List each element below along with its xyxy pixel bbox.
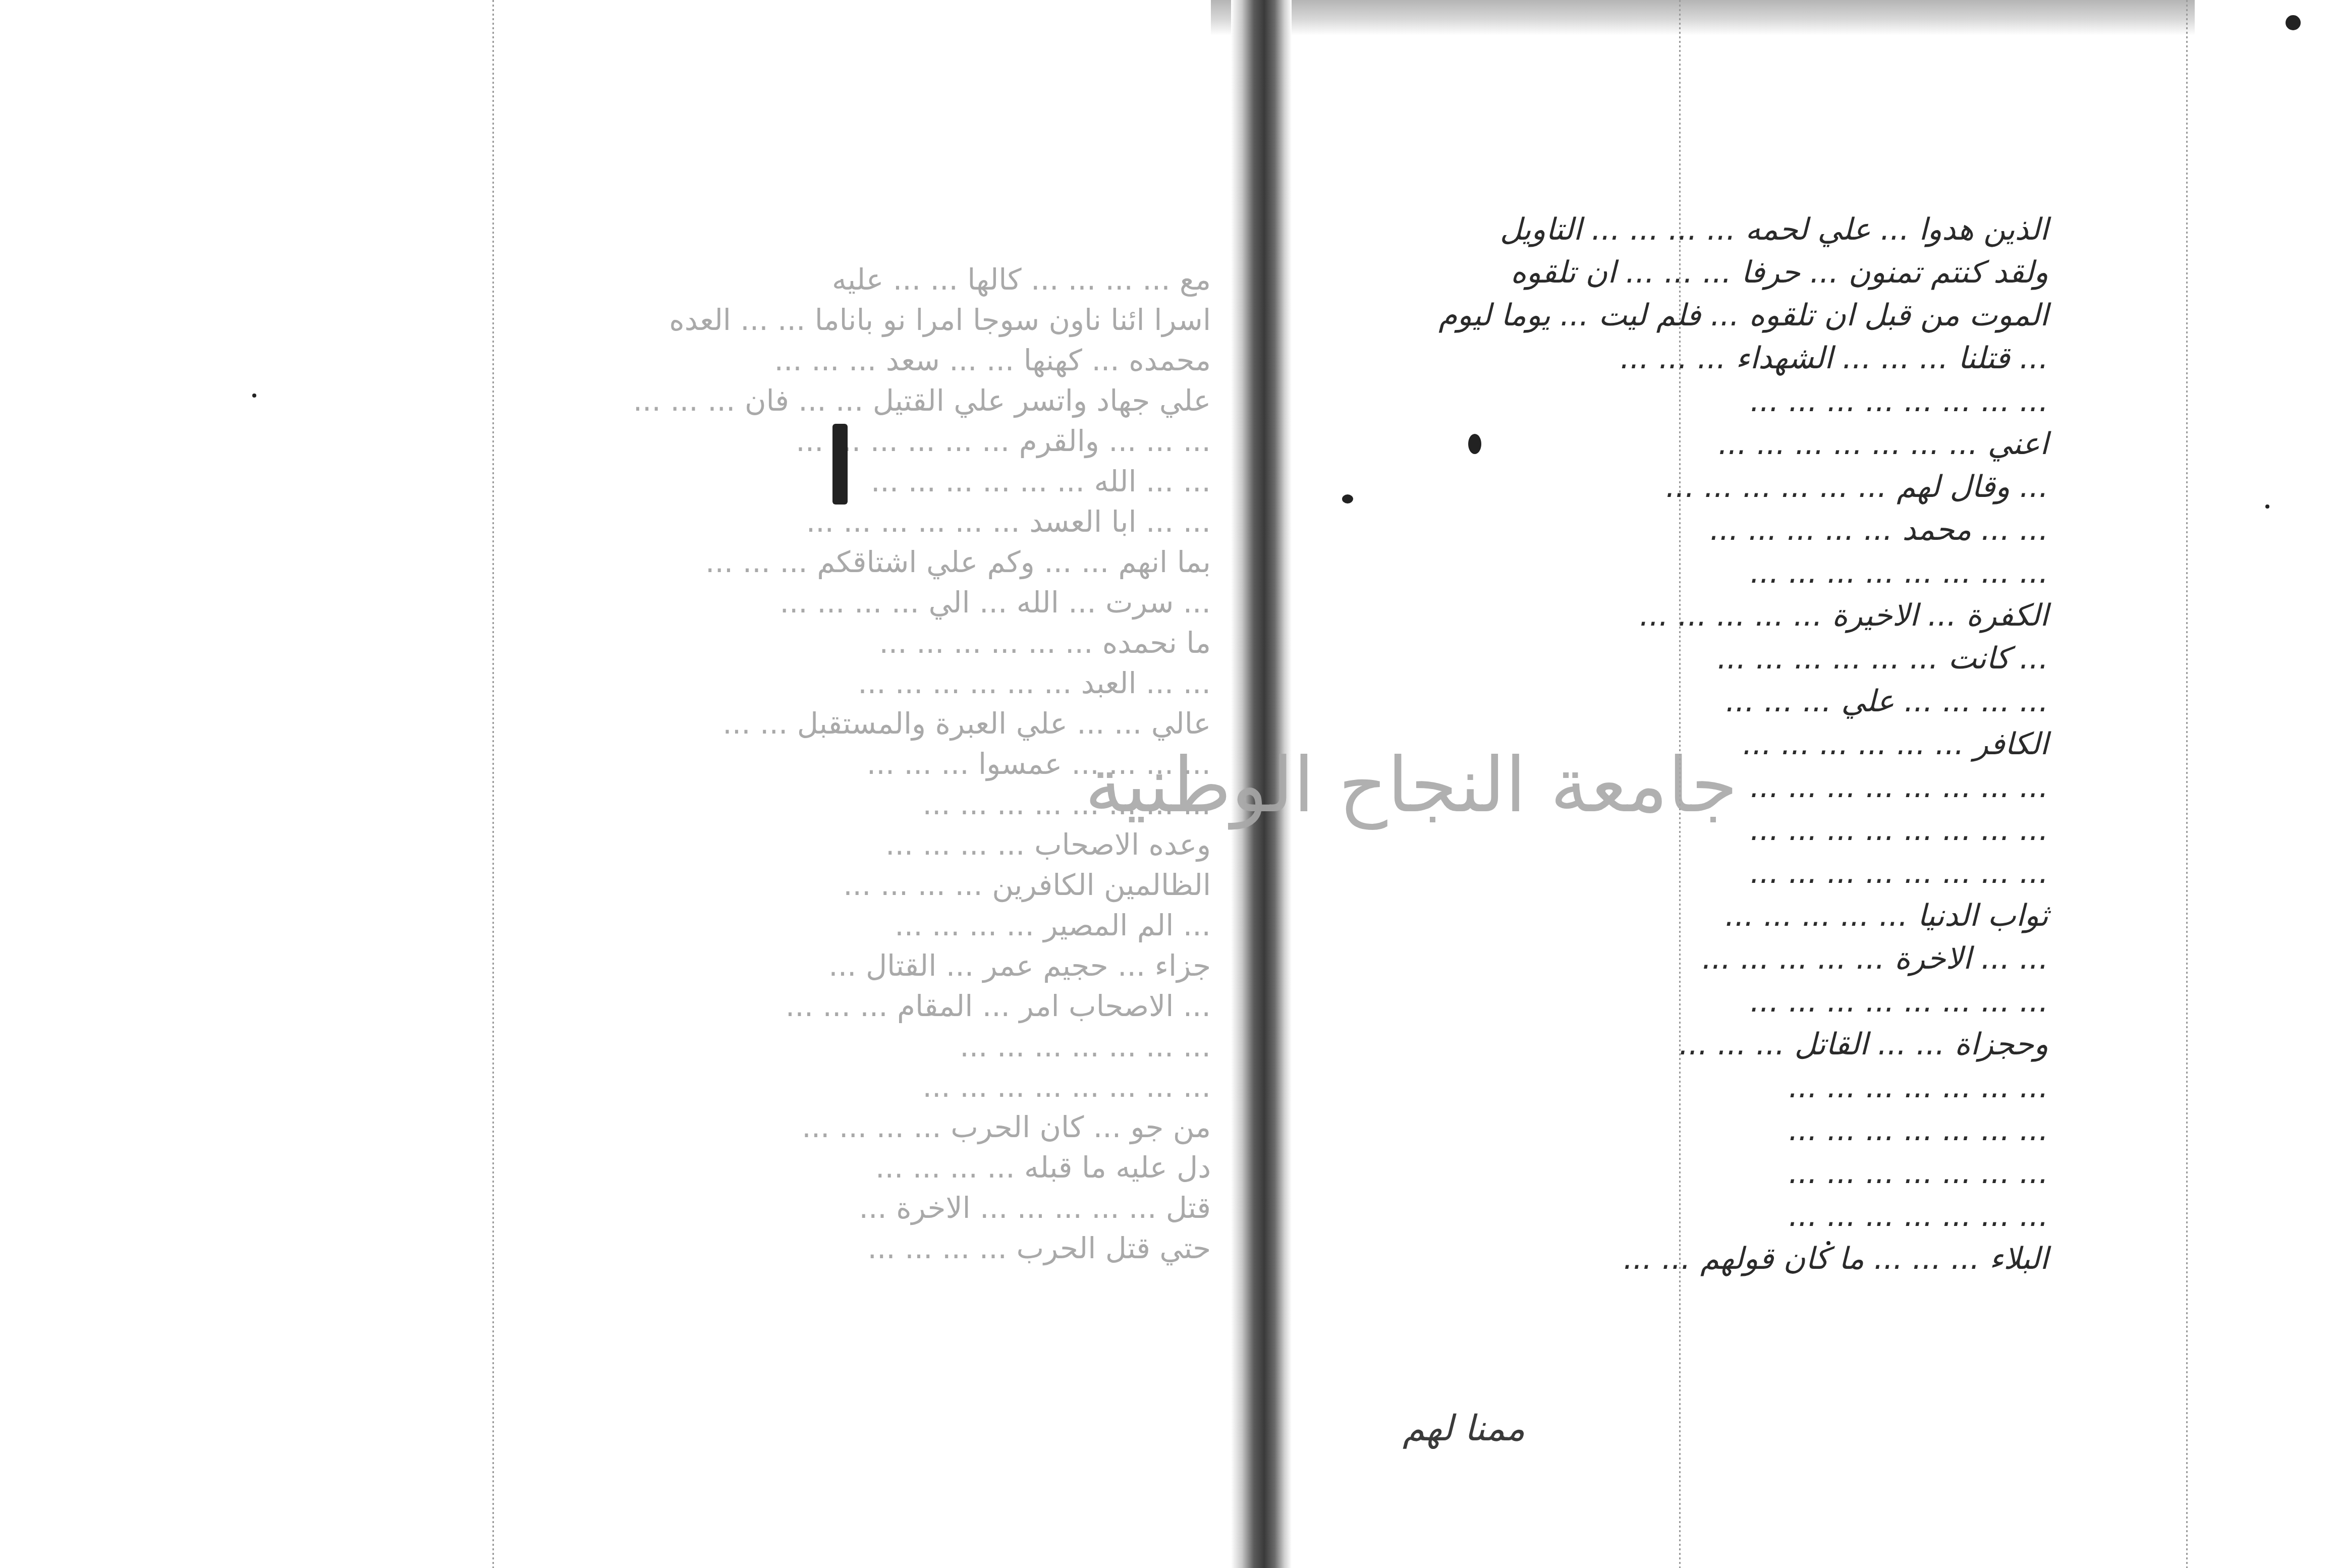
ink-speck — [2265, 505, 2269, 509]
left-line: الظالمين الكافرين ... ... ... ... — [843, 868, 1211, 902]
ink-speck — [1468, 434, 1481, 454]
right-line: ... ... ... ... ... ... ... — [1789, 1198, 2048, 1234]
left-line: مع ... ... ... ... كالها ... ... عليه — [832, 262, 1211, 297]
right-line: وحجزاة ... ... القاتل ... ... ... — [1679, 1027, 2048, 1062]
right-line: ... ... محمد ... ... ... ... ... — [1710, 512, 2048, 547]
left-line: عالي ... ... علي العبرة والمستقبل ... ..… — [722, 706, 1211, 741]
left-line: علي جهاد واتسر علي القتيل ... ... فان ..… — [633, 383, 1211, 418]
left-line: ... سرت ... الله ... الي ... ... ... ... — [780, 585, 1211, 620]
left-line: ... ... ... ... ... ... ... — [960, 1029, 1211, 1063]
right-line: البلاء ... ... ... ما كان قولهم ... ... — [1623, 1241, 2048, 1276]
right-line: ... كانت ... ... ... ... ... ... — [1717, 641, 2048, 676]
left-line: ... ... الله ... ... ... ... ... ... — [871, 464, 1211, 498]
right-line: ... قتلنا ... ... ... الشهداء ... ... ..… — [1620, 341, 2048, 376]
left-line: ... ... ابا العسد ... ... ... ... ... ..… — [806, 505, 1211, 539]
left-line: دل عليه ما قبله ... ... ... ... — [875, 1150, 1211, 1185]
right-line: ... ... ... ... ... ... ... — [1789, 1070, 2048, 1105]
right-line: ... وقال لهم ... ... ... ... ... ... — [1666, 469, 2049, 505]
right-line: ... ... ... ... ... ... ... ... — [1750, 555, 2048, 590]
ink-speck — [1342, 494, 1353, 503]
left-line: ... الم المصير ... ... ... ... — [895, 908, 1211, 942]
right-edge-rule — [2186, 0, 2188, 1568]
right-line: ثواب الدنيا ... ... ... ... ... — [1725, 898, 2048, 933]
left-line: ... الاصحاب امر ... المقام ... ... ... — [786, 989, 1211, 1023]
top-edge-shadow — [1211, 0, 2195, 35]
catchword-signature: ممنا لهم — [1403, 1408, 1525, 1449]
left-line: قتل ... ... ... ... ... الاخرة ... — [859, 1191, 1211, 1225]
ink-speck — [1826, 1241, 1830, 1245]
left-line: وعده الاصحاب ... ... ... ... — [885, 827, 1211, 862]
right-line: الذين هدوا ... علي لحمه ... ... ... ... … — [1500, 212, 2048, 247]
right-line: ... ... ... ... ... ... ... — [1789, 1112, 2048, 1148]
right-line: ... ... ... ... ... ... ... ... — [1750, 984, 2048, 1019]
right-line: الكفرة ... الاخيرة ... ... ... ... ... — [1640, 598, 2048, 633]
left-line: من جو ... كان الحرب ... ... ... ... — [802, 1110, 1211, 1144]
right-line: الكافر ... ... ... ... ... ... — [1743, 726, 2048, 762]
left-line: ... ... ... ... ... ... ... ... — [922, 1070, 1211, 1104]
left-line: ... ... العبد ... ... ... ... ... ... — [858, 666, 1211, 700]
left-line: بما انهم ... ... وكم علي اشتاقكم ... ...… — [705, 545, 1211, 579]
right-line: ... ... ... ... ... ... ... — [1789, 1155, 2048, 1191]
manuscript-scan: مع ... ... ... ... كالها ... ... عليه اس… — [0, 0, 2337, 1568]
right-line: ... ... ... ... ... ... ... ... — [1750, 855, 2048, 890]
left-line: محمده ... كهنها ... ... سعد ... ... ... — [774, 343, 1211, 377]
right-line: ... ... الاخرة ... ... ... ... ... — [1702, 941, 2048, 976]
left-line: اسرا ائنا ناون سوجا امرا نو باناما ... .… — [669, 303, 1211, 337]
ink-speck — [252, 394, 256, 398]
left-line: ... ... ... والقرم ... ... ... ... ... .… — [796, 424, 1211, 458]
right-line: اعني ... ... ... ... ... ... ... — [1718, 426, 2048, 462]
ink-speck — [2286, 15, 2301, 30]
right-line: ... ... ... ... ... ... ... ... — [1750, 769, 2048, 805]
ink-blot — [832, 424, 848, 505]
right-line: ... ... ... ... ... ... ... ... — [1750, 812, 2048, 848]
left-line: جزاء ... حجيم عمر ... القتال ... — [828, 948, 1211, 983]
left-line: ما نحمده ... ... ... ... ... ... — [879, 626, 1211, 660]
right-line: ... ... ... ... ... ... ... ... — [1750, 383, 2048, 419]
left-line: حتي قتل الحرب ... ... ... ... — [867, 1231, 1211, 1265]
right-line: ولقد كنتم تمنون ... حرفا ... ... ... ان … — [1511, 255, 2048, 290]
right-line: ... ... ... ... علي ... ... ... — [1726, 684, 2048, 719]
watermark: جامعة النجاح الوطنية — [1085, 742, 1738, 829]
right-line: الموت من قبل ان تلقوه ... فلم ليت ... يو… — [1438, 298, 2048, 333]
